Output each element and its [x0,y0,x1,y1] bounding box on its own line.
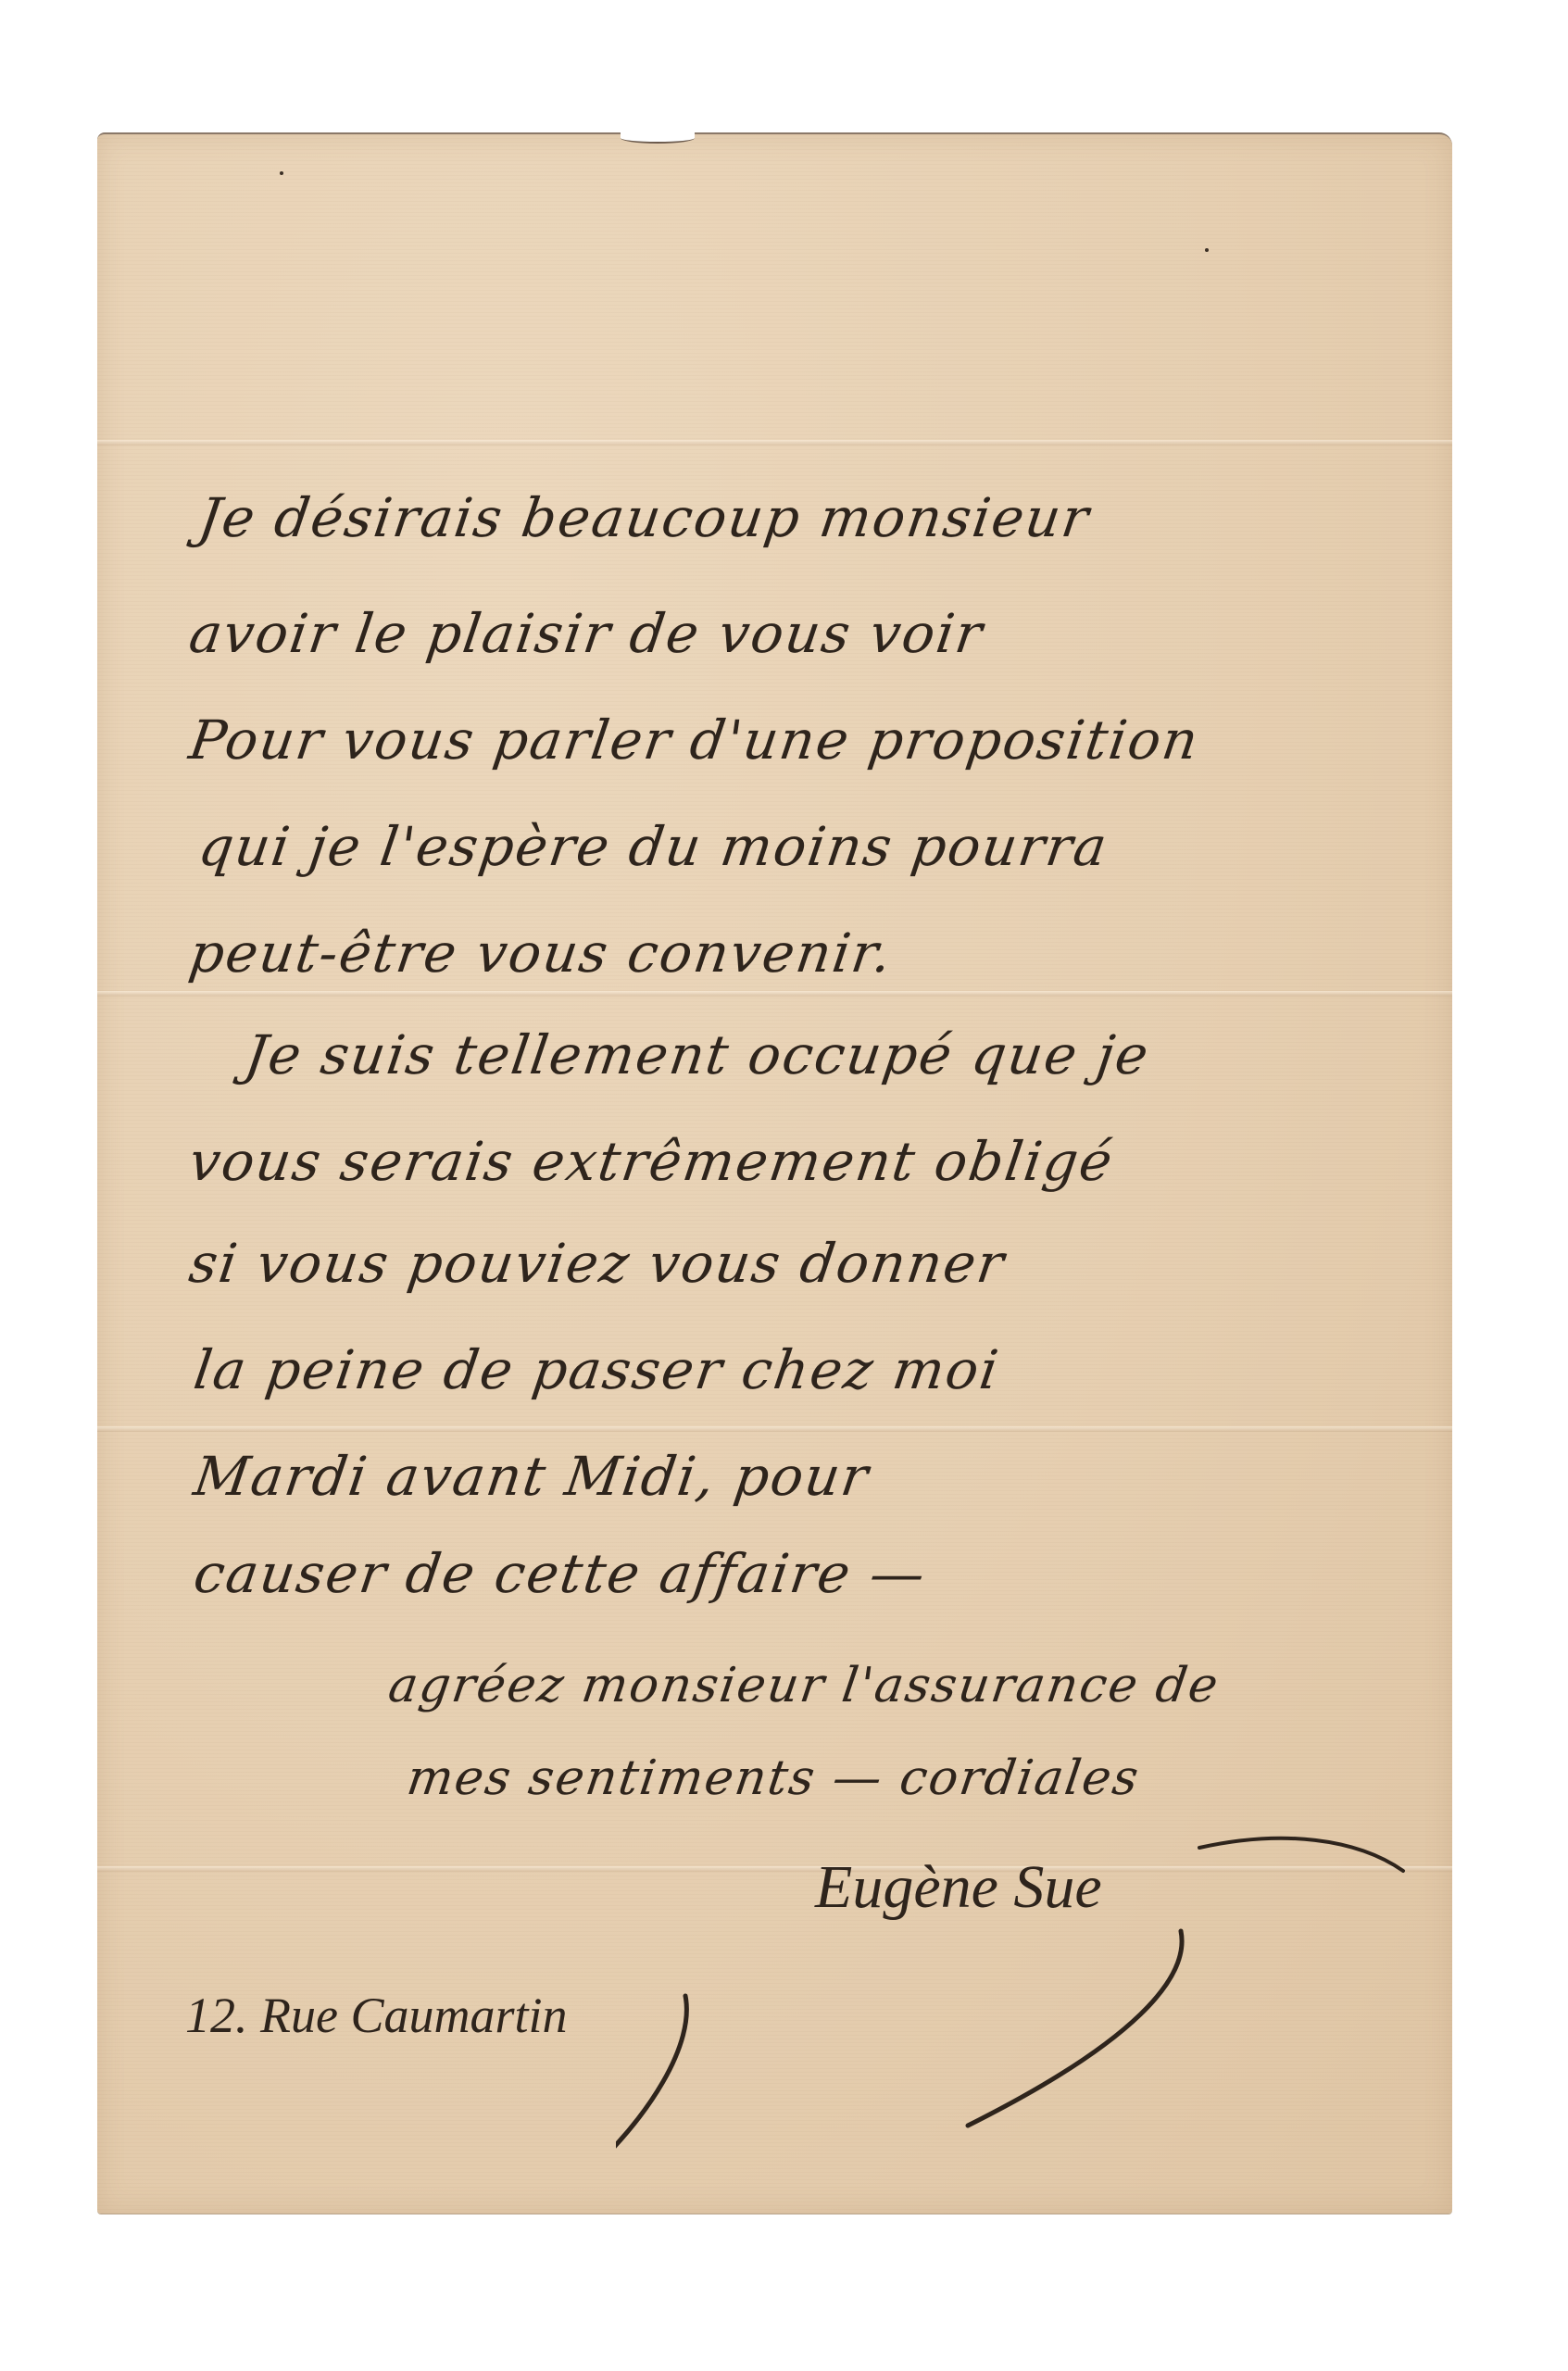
fold-line-1 [97,440,1452,445]
closing-line-1: agréez monsieur l'assurance de [385,1658,1223,1713]
fold-line-2 [97,991,1452,997]
paper-speck [1205,248,1209,252]
fold-line-4 [97,1866,1452,1872]
letter-line-8: si vous pouviez vous donner [185,1232,1010,1295]
letter-line-7: vous serais extrêmement obligé [185,1130,1118,1193]
paper-speck [280,171,283,175]
signature: Eugène Sue [815,1852,1102,1923]
letter-paper: Je désirais beaucoup monsieur avoir le p… [97,132,1452,2214]
fold-line-3 [97,1426,1452,1432]
letter-line-3: Pour vous parler d'une proposition [185,709,1203,772]
letter-line-11: causer de cette affaire — [190,1542,930,1605]
closing-line-2: mes sentiments — cordiales [404,1750,1144,1806]
letter-line-5: peut-être vous convenir. [185,922,897,985]
letter-line-6: Je suis tellement occupé que je [241,1023,1154,1086]
letter-line-1: Je désirais beaucoup monsieur [194,486,1094,549]
sender-address: 12. Rue Caumartin [185,1987,568,2044]
letter-line-4: qui je l'espère du moins pourra [194,815,1112,878]
letter-line-9: la peine de passer chez moi [190,1338,1003,1401]
letter-line-2: avoir le plaisir de vous voir [185,602,987,665]
paper-notch [621,132,695,144]
letter-line-10: Mardi avant Midi, pour [190,1445,873,1508]
